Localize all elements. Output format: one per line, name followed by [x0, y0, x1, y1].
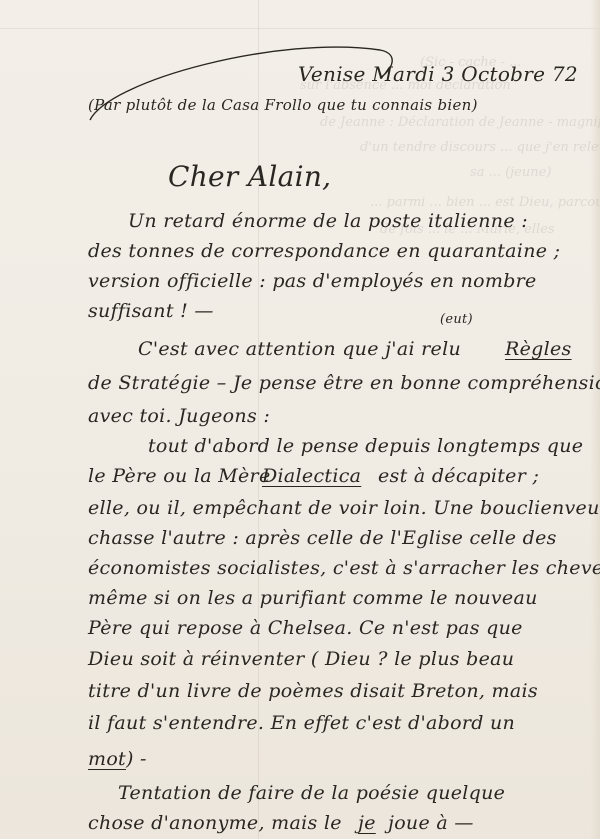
body-line: Un retard énorme de la poste italienne :	[128, 210, 528, 232]
underlined-word: mot	[88, 748, 126, 770]
body-line: version officielle : pas d'employés en n…	[88, 270, 537, 292]
underlined-word: je	[358, 812, 376, 834]
body-line: même si on les a purifiant comme le nouv…	[88, 587, 538, 609]
dateline: Venise Mardi 3 Octobre 72	[298, 62, 578, 86]
underlined-word: Dialectica	[262, 465, 361, 487]
insertion-above: (eut)	[440, 312, 473, 327]
body-line: joue à —	[388, 812, 474, 834]
body-line: économistes socialistes, c'est à s'arrac…	[88, 557, 600, 579]
body-line: titre d'un livre de poèmes disait Breton…	[88, 680, 538, 702]
bleed-text: d'un tendre discours ... que j'en relevé	[360, 140, 600, 155]
body-line: il faut s'entendre. En effet c'est d'abo…	[88, 712, 515, 734]
letter-page: (Sic - cache - ... sur l'absence ... moi…	[0, 0, 600, 839]
body-line: de Stratégie – Je pense être en bonne co…	[88, 372, 600, 394]
bleed-text: ... parmi ... bien ... est Dieu, parcour…	[370, 195, 600, 210]
bleed-text: sa ... (jeune)	[470, 165, 551, 180]
body-line: Dieu soit à réinventer ( Dieu ? le plus …	[88, 648, 514, 670]
body-line: C'est avec attention que j'ai relu	[138, 338, 461, 360]
body-line: tout d'abord le pense depuis longtemps q…	[148, 435, 583, 457]
body-line: suffisant ! —	[88, 300, 214, 322]
body-line: ) -	[126, 748, 147, 770]
body-line: Tentation de faire de la poésie quelque	[118, 782, 505, 804]
body-line: elle, ou il, empêchant de voir loin. Une…	[88, 497, 600, 519]
body-line: Père qui repose à Chelsea. Ce n'est pas …	[88, 617, 523, 639]
body-line: des tonnes de correspondance en quaranta…	[88, 240, 560, 262]
body-line: avec toi. Jugeons :	[88, 405, 270, 427]
body-line: chasse l'autre : après celle de l'Eglise…	[88, 527, 557, 549]
address-note: (Par plutôt de la Casa Frollo que tu con…	[88, 96, 478, 114]
body-line: est à décapiter ;	[378, 465, 539, 487]
salutation: Cher Alain,	[168, 160, 331, 193]
body-line: le Père ou la Mère	[88, 465, 271, 487]
fold-crease-horizontal	[0, 28, 600, 29]
body-line: chose d'anonyme, mais le	[88, 812, 342, 834]
underlined-title: Règles	[505, 338, 572, 360]
